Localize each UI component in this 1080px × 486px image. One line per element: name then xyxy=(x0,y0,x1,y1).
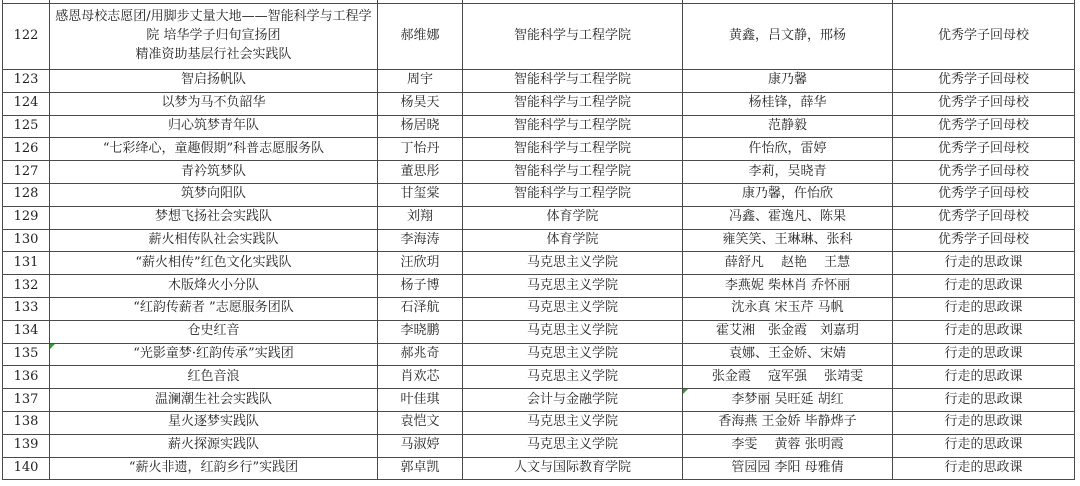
cell-college-name[interactable]: 马克思主义学院 xyxy=(463,434,683,457)
cell-team-name[interactable]: “红韵传薪者 ”志愿服务团队 xyxy=(50,297,378,320)
cell-award-name[interactable]: 优秀学子回母校 xyxy=(893,138,1075,161)
cell-leader-name[interactable]: 叶佳琪 xyxy=(378,389,463,412)
table-row: 136红色音浪肖欢芯马克思主义学院张金霞 寇军强 张靖雯行走的思政课 xyxy=(3,366,1075,389)
cell-award-name[interactable]: 优秀学子回母校 xyxy=(893,206,1075,229)
cell-college-name[interactable]: 人文与国际教育学院 xyxy=(463,457,683,480)
cell-college-name[interactable]: 马克思主义学院 xyxy=(463,366,683,389)
cell-team-name[interactable]: 星火逐梦实践队 xyxy=(50,411,378,434)
table-row: 131“薪火相传”红色文化实践队汪欣玥马克思主义学院薛舒凡 赵艳 王慧行走的思政… xyxy=(3,252,1075,275)
cell-leader-name[interactable]: 李海涛 xyxy=(378,229,463,252)
cell-college-name[interactable]: 智能科学与工程学院 xyxy=(463,183,683,206)
cell-row-number[interactable]: 134 xyxy=(3,320,50,343)
cell-members[interactable]: 康乃馨 xyxy=(683,70,893,93)
table-row: 126“七彩绛心，童趣假期”科普志愿服务队丁怡丹智能科学与工程学院仵怡欣，雷婷优… xyxy=(3,138,1075,161)
cell-members[interactable]: 香海燕 王金娇 毕静烨子 xyxy=(683,411,893,434)
cell-college-name[interactable]: 智能科学与工程学院 xyxy=(463,115,683,138)
cell-team-name[interactable]: “薪火非遗，红韵乡行”实践团 xyxy=(50,457,378,480)
cell-leader-name[interactable]: 董思彤 xyxy=(378,161,463,184)
green-corner-marker xyxy=(683,389,688,394)
cell-team-name[interactable]: 温澜潮生社会实践队 xyxy=(50,389,378,412)
cell-team-name[interactable]: 青衿筑梦队 xyxy=(50,161,378,184)
cell-row-number[interactable]: 140 xyxy=(3,457,50,480)
table-row: 132木版烽火小分队杨子博马克思主义学院李燕妮 柴林肖 乔怀丽行走的思政课 xyxy=(3,275,1075,298)
cell-award-name[interactable]: 优秀学子回母校 xyxy=(893,4,1075,70)
cell-leader-name[interactable]: 杨子博 xyxy=(378,275,463,298)
cell-team-name[interactable]: 木版烽火小分队 xyxy=(50,275,378,298)
cell-team-name[interactable]: 智启扬帆队 xyxy=(50,70,378,93)
table-row: 125归心筑梦青年队杨居晓智能科学与工程学院范静毅优秀学子回母校 xyxy=(3,115,1075,138)
cell-team-name[interactable]: 筑梦向阳队 xyxy=(50,183,378,206)
cell-row-number[interactable]: 133 xyxy=(3,297,50,320)
cell-leader-name[interactable]: 郭卓凯 xyxy=(378,457,463,480)
cell-members[interactable]: 康乃馨，仵怡欣 xyxy=(683,183,893,206)
cell-leader-name[interactable]: 杨昊天 xyxy=(378,92,463,115)
cell-award-name[interactable]: 行走的思政课 xyxy=(893,389,1075,412)
cell-row-number[interactable]: 122 xyxy=(3,4,50,70)
cell-award-name[interactable]: 优秀学子回母校 xyxy=(893,161,1075,184)
cell-team-name[interactable]: “薪火相传”红色文化实践队 xyxy=(50,252,378,275)
cell-members[interactable]: 李雯 黄蓉 张明霞 xyxy=(683,434,893,457)
cell-row-number[interactable]: 125 xyxy=(3,115,50,138)
cell-leader-name[interactable]: 周宇 xyxy=(378,70,463,93)
cell-row-number[interactable]: 126 xyxy=(3,138,50,161)
table-row: 129梦想飞扬社会实践队刘翔体育学院冯鑫、霍逸凡、陈果优秀学子回母校 xyxy=(3,206,1075,229)
cell-award-name[interactable]: 行走的思政课 xyxy=(893,457,1075,480)
table-row: 135“光影童梦·红韵传承”实践团郝兆奇马克思主义学院袁娜、王金娇、宋婧行走的思… xyxy=(3,343,1075,366)
cell-members[interactable]: 薛舒凡 赵艳 王慧 xyxy=(683,252,893,275)
cell-award-name[interactable]: 优秀学子回母校 xyxy=(893,92,1075,115)
cell-leader-name[interactable]: 汪欣玥 xyxy=(378,252,463,275)
cell-leader-name[interactable]: 丁怡丹 xyxy=(378,138,463,161)
cell-award-name[interactable]: 行走的思政课 xyxy=(893,343,1075,366)
cell-college-name[interactable]: 马克思主义学院 xyxy=(463,275,683,298)
cell-row-number[interactable]: 131 xyxy=(3,252,50,275)
cell-leader-name[interactable]: 甘玺棠 xyxy=(378,183,463,206)
cell-members[interactable]: 范静毅 xyxy=(683,115,893,138)
cell-team-name[interactable]: 归心筑梦青年队 xyxy=(50,115,378,138)
green-corner-marker xyxy=(50,344,55,349)
table-row: 128筑梦向阳队甘玺棠智能科学与工程学院康乃馨，仵怡欣优秀学子回母校 xyxy=(3,183,1075,206)
table-row: 140“薪火非遗，红韵乡行”实践团郭卓凯人文与国际教育学院管园园 李阳 母雅倩行… xyxy=(3,457,1075,480)
cell-team-name[interactable]: 仓史红音 xyxy=(50,320,378,343)
cell-leader-name[interactable]: 郝维娜 xyxy=(378,4,463,70)
cell-row-number[interactable]: 138 xyxy=(3,411,50,434)
table-row: 122感恩母校志愿团/用脚步丈量大地——智能科学与工程学院 培华学子归旬宣扬团 … xyxy=(3,4,1075,70)
cell-row-number[interactable]: 128 xyxy=(3,183,50,206)
cell-row-number[interactable]: 123 xyxy=(3,70,50,93)
cell-members[interactable]: 霍艾湘 张金霞 刘嘉玥 xyxy=(683,320,893,343)
table-row: 133“红韵传薪者 ”志愿服务团队石泽航马克思主义学院沈永真 宋玉芹 马帆行走的… xyxy=(3,297,1075,320)
cell-award-name[interactable]: 行走的思政课 xyxy=(893,275,1075,298)
table-row: 123智启扬帆队周宇智能科学与工程学院康乃馨优秀学子回母校 xyxy=(3,70,1075,93)
cell-leader-name[interactable]: 杨居晓 xyxy=(378,115,463,138)
cell-row-number[interactable]: 129 xyxy=(3,206,50,229)
cell-college-name[interactable]: 马克思主义学院 xyxy=(463,343,683,366)
cell-leader-name[interactable]: 马淑婷 xyxy=(378,434,463,457)
cell-members[interactable]: 杨桂锋，薛华 xyxy=(683,92,893,115)
cell-college-name[interactable]: 马克思主义学院 xyxy=(463,297,683,320)
cell-college-name[interactable]: 智能科学与工程学院 xyxy=(463,4,683,70)
cell-award-name[interactable]: 行走的思政课 xyxy=(893,297,1075,320)
practice-teams-table: 122感恩母校志愿团/用脚步丈量大地——智能科学与工程学院 培华学子归旬宣扬团 … xyxy=(2,3,1075,480)
table-row: 134仓史红音李晓鹏马克思主义学院霍艾湘 张金霞 刘嘉玥行走的思政课 xyxy=(3,320,1075,343)
cell-award-name[interactable]: 行走的思政课 xyxy=(893,434,1075,457)
cell-leader-name[interactable]: 袁恺文 xyxy=(378,411,463,434)
cell-team-name[interactable]: “光影童梦·红韵传承”实践团 xyxy=(50,343,378,366)
cell-members[interactable]: 张金霞 寇军强 张靖雯 xyxy=(683,366,893,389)
cell-members[interactable]: 冯鑫、霍逸凡、陈果 xyxy=(683,206,893,229)
table-body: 122感恩母校志愿团/用脚步丈量大地——智能科学与工程学院 培华学子归旬宣扬团 … xyxy=(3,4,1075,480)
cell-team-name[interactable]: 红色音浪 xyxy=(50,366,378,389)
cell-row-number[interactable]: 136 xyxy=(3,366,50,389)
cell-members[interactable]: 仵怡欣，雷婷 xyxy=(683,138,893,161)
cell-members[interactable]: 李莉，吴晓青 xyxy=(683,161,893,184)
cell-college-name[interactable]: 智能科学与工程学院 xyxy=(463,70,683,93)
cell-members[interactable]: 李燕妮 柴林肖 乔怀丽 xyxy=(683,275,893,298)
table-row: 138星火逐梦实践队袁恺文马克思主义学院香海燕 王金娇 毕静烨子行走的思政课 xyxy=(3,411,1075,434)
cell-college-name[interactable]: 会计与金融学院 xyxy=(463,389,683,412)
cell-members[interactable]: 沈永真 宋玉芹 马帆 xyxy=(683,297,893,320)
cell-college-name[interactable]: 智能科学与工程学院 xyxy=(463,92,683,115)
cell-team-name[interactable]: “七彩绛心，童趣假期”科普志愿服务队 xyxy=(50,138,378,161)
cell-college-name[interactable]: 马克思主义学院 xyxy=(463,411,683,434)
cell-members[interactable]: 雍笑笑、王琳琳、张科 xyxy=(683,229,893,252)
table-row: 137温澜潮生社会实践队叶佳琪会计与金融学院李梦丽 吴旺延 胡红行走的思政课 xyxy=(3,389,1075,412)
cell-row-number[interactable]: 135 xyxy=(3,343,50,366)
cell-members[interactable]: 黄鑫，吕文静，邢杨 xyxy=(683,4,893,70)
cell-award-name[interactable]: 优秀学子回母校 xyxy=(893,183,1075,206)
cell-college-name[interactable]: 马克思主义学院 xyxy=(463,252,683,275)
cell-members[interactable]: 管园园 李阳 母雅倩 xyxy=(683,457,893,480)
table-row: 130薪火相传队社会实践队李海涛体育学院雍笑笑、王琳琳、张科优秀学子回母校 xyxy=(3,229,1075,252)
cell-leader-name[interactable]: 刘翔 xyxy=(378,206,463,229)
cell-college-name[interactable]: 体育学院 xyxy=(463,206,683,229)
cell-row-number[interactable]: 127 xyxy=(3,161,50,184)
cell-team-name[interactable]: 梦想飞扬社会实践队 xyxy=(50,206,378,229)
cell-row-number[interactable]: 132 xyxy=(3,275,50,298)
practice-teams-table-sheet: 122感恩母校志愿团/用脚步丈量大地——智能科学与工程学院 培华学子归旬宣扬团 … xyxy=(2,3,1075,480)
cell-college-name[interactable]: 智能科学与工程学院 xyxy=(463,161,683,184)
cell-college-name[interactable]: 体育学院 xyxy=(463,229,683,252)
cell-college-name[interactable]: 智能科学与工程学院 xyxy=(463,138,683,161)
cell-members[interactable]: 李梦丽 吴旺延 胡红 xyxy=(683,389,893,412)
cell-members[interactable]: 袁娜、王金娇、宋婧 xyxy=(683,343,893,366)
cell-team-name[interactable]: 薪火探源实践队 xyxy=(50,434,378,457)
cell-leader-name[interactable]: 郝兆奇 xyxy=(378,343,463,366)
cell-team-name[interactable]: 感恩母校志愿团/用脚步丈量大地——智能科学与工程学院 培华学子归旬宣扬团 精准资… xyxy=(50,4,378,70)
cell-row-number[interactable]: 139 xyxy=(3,434,50,457)
cell-award-name[interactable]: 优秀学子回母校 xyxy=(893,115,1075,138)
cell-row-number[interactable]: 124 xyxy=(3,92,50,115)
cell-team-name[interactable]: 薪火相传队社会实践队 xyxy=(50,229,378,252)
cell-award-name[interactable]: 优秀学子回母校 xyxy=(893,70,1075,93)
cell-award-name[interactable]: 行走的思政课 xyxy=(893,320,1075,343)
cell-team-name[interactable]: 以梦为马不负韶华 xyxy=(50,92,378,115)
table-row: 127青衿筑梦队董思彤智能科学与工程学院李莉，吴晓青优秀学子回母校 xyxy=(3,161,1075,184)
cell-leader-name[interactable]: 石泽航 xyxy=(378,297,463,320)
cell-award-name[interactable]: 优秀学子回母校 xyxy=(893,229,1075,252)
cell-leader-name[interactable]: 李晓鹏 xyxy=(378,320,463,343)
cell-award-name[interactable]: 行走的思政课 xyxy=(893,252,1075,275)
cell-award-name[interactable]: 行走的思政课 xyxy=(893,366,1075,389)
cell-college-name[interactable]: 马克思主义学院 xyxy=(463,320,683,343)
cell-leader-name[interactable]: 肖欢芯 xyxy=(378,366,463,389)
cell-award-name[interactable]: 行走的思政课 xyxy=(893,411,1075,434)
table-row: 139薪火探源实践队马淑婷马克思主义学院李雯 黄蓉 张明霞行走的思政课 xyxy=(3,434,1075,457)
table-row: 124以梦为马不负韶华杨昊天智能科学与工程学院杨桂锋，薛华优秀学子回母校 xyxy=(3,92,1075,115)
cell-row-number[interactable]: 137 xyxy=(3,389,50,412)
cell-row-number[interactable]: 130 xyxy=(3,229,50,252)
